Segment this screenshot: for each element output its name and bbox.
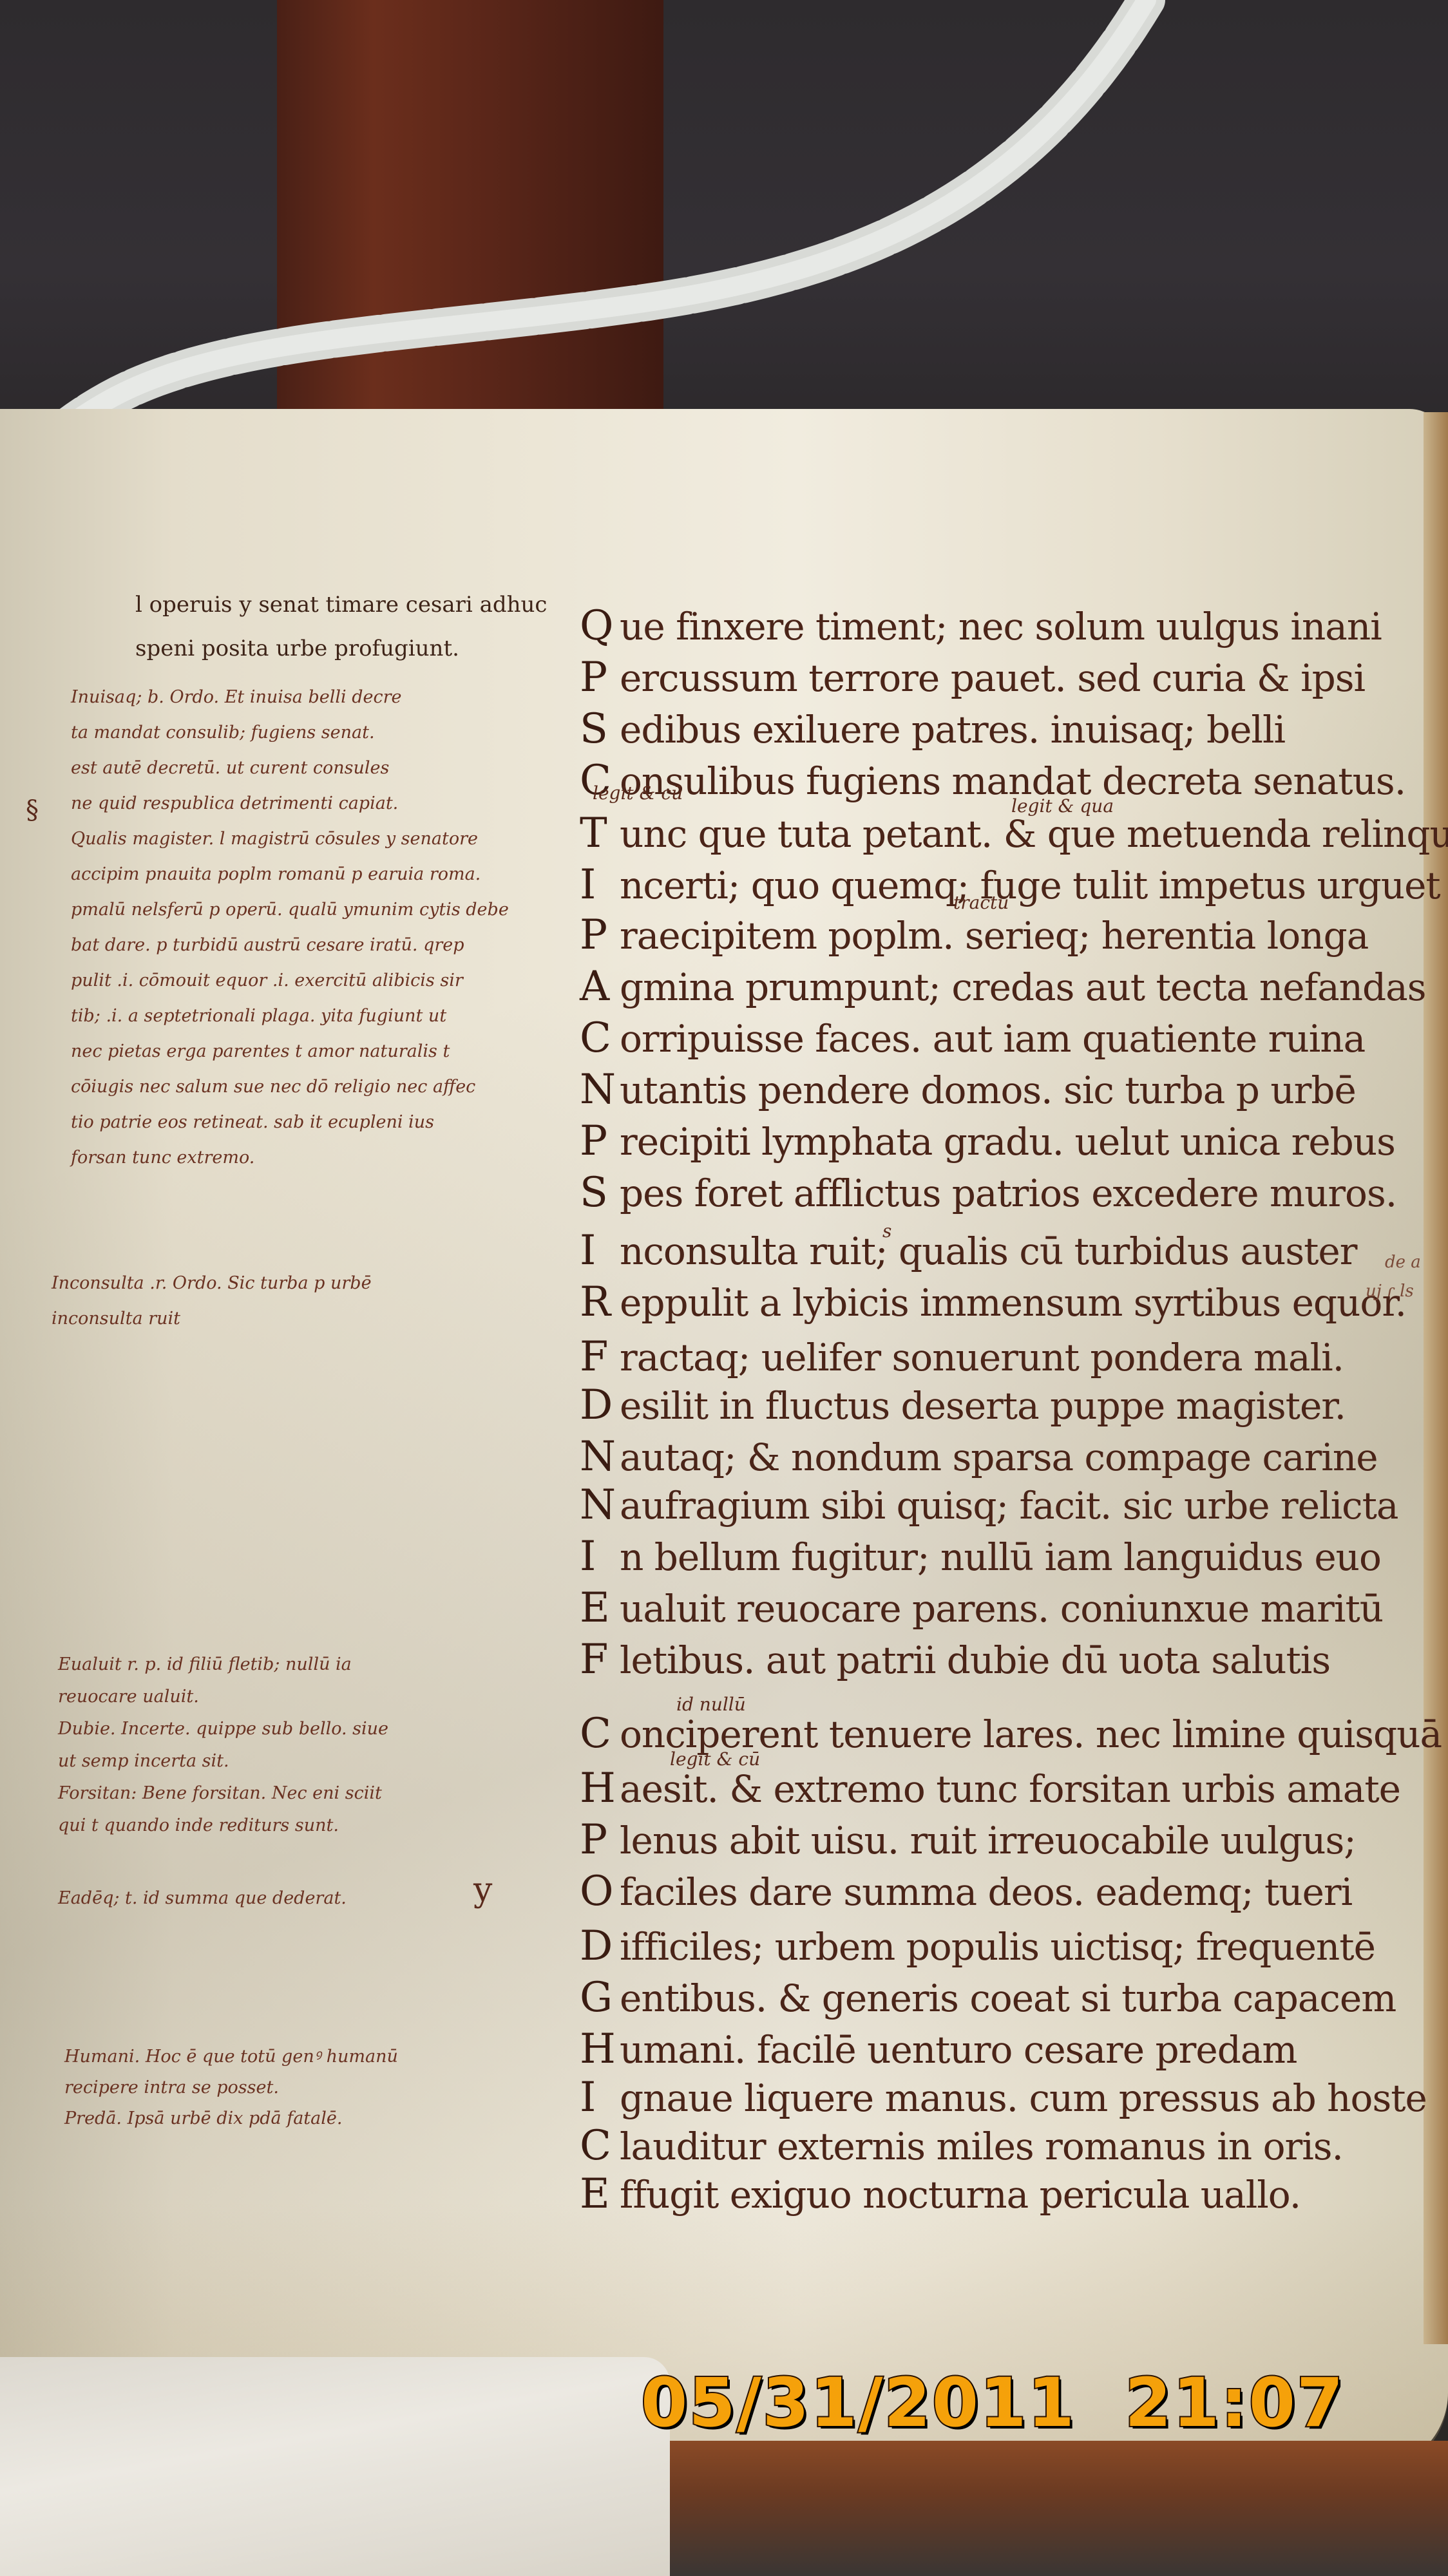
verse-initial: R — [580, 1282, 620, 1323]
gloss-line: Dubie. Incerte. quippe sub bello. siue — [58, 1713, 560, 1745]
verse-initial: I — [580, 864, 620, 905]
verse-initial: S — [580, 708, 620, 750]
verse-initial: P — [580, 1121, 620, 1162]
right-margin-note: de a — [1385, 1253, 1421, 1272]
verse-line: Desilit in fluctus deserta puppe magiste… — [580, 1385, 1430, 1426]
verse-text: lauditur externis miles romanus in oris. — [620, 2125, 1343, 2168]
verse-line: Percussum terrore pauet. sed curia & ips… — [580, 657, 1430, 698]
verse-line: Naufragium sibi quisq; facit. sic urbe r… — [580, 1484, 1430, 1526]
gloss-line: ta mandat consulib; fugiens senat. — [71, 715, 573, 750]
verse-line: Ignaue liquere manus. cum pressus ab hos… — [580, 2077, 1430, 2118]
verse-line: Que finxere timent; nec solum uulgus ina… — [580, 605, 1430, 647]
verse-line: Nutantis pendere domos. sic turba p urbē — [580, 1069, 1430, 1110]
verse-text: unc que tuta petant. & que metuenda reli… — [620, 812, 1448, 856]
verse-line: Ofaciles dare summa deos. eademq; tueri — [580, 1871, 1430, 1912]
verse-initial: D — [580, 1385, 620, 1426]
gloss-line: speni posita urbe profugiunt. — [135, 627, 638, 670]
verse-text: faciles dare summa deos. eademq; tueri — [620, 1870, 1352, 1914]
verse-initial: H — [580, 1768, 620, 1809]
verse-initial: D — [580, 1926, 620, 1967]
gloss-line: ne quid respublica detrimenti capiat. — [71, 786, 573, 821]
verse-initial: E — [580, 1587, 620, 1629]
verse-text: utantis pendere domos. sic turba p urbē — [620, 1068, 1356, 1112]
verse-line: Eualuit reuocare parens. coniunxue marit… — [580, 1587, 1430, 1629]
verse-line: Clauditur externis miles romanus in oris… — [580, 2125, 1430, 2166]
verse-text: recipiti lymphata gradu. uelut unica reb… — [620, 1120, 1395, 1164]
gloss-line: nec pietas erga parentes t amor naturali… — [71, 1034, 573, 1069]
gloss-line: inconsulta ruit — [52, 1301, 554, 1336]
verse-line: Gentibus. & generis coeat si turba capac… — [580, 1977, 1430, 2018]
verse-line: Inconsulta ruit; qualis cū turbidus aust… — [580, 1230, 1430, 1271]
right-margin-note: uj ɾ ls — [1366, 1282, 1414, 1301]
camera-timestamp: 05/31/2011 21:07 — [641, 2363, 1344, 2442]
gloss-line: Humani. Hoc ē que totū genꝰ humanū — [64, 2041, 567, 2072]
verse-initial: G — [580, 1977, 620, 2018]
verse-line: Haesit. & extremo tunc forsitan urbis am… — [580, 1768, 1430, 1809]
gloss-line: Qualis magister. l magistrū cōsules y se… — [71, 821, 573, 857]
verse-initial: H — [580, 2029, 620, 2070]
gloss-line: l operuis y senat timare cesari adhuc — [135, 583, 638, 627]
gloss-block-1: Inuisaq; b. Ordo. Et inuisa belli decre … — [71, 679, 573, 1175]
interlinear-gloss: tractu — [953, 892, 1009, 913]
verse-text: ncerti; quo quemq; fuge tulit impetus ur… — [620, 864, 1440, 907]
verse-initial: S — [580, 1172, 620, 1213]
verse-text: nconsulta ruit; qualis cū turbidus auste… — [620, 1229, 1357, 1273]
gloss-line: forsan tunc extremo. — [71, 1140, 573, 1175]
gloss-line: Predā. Ipsā urbē dix pdā fatalē. — [64, 2103, 567, 2134]
gloss-block-3: Eualuit r. p. id filiū fletib; nullū ia … — [58, 1649, 560, 1842]
verse-line: In bellum fugitur; nullū iam languidus e… — [580, 1536, 1430, 1577]
verse-text: edibus exiluere patres. inuisaq; belli — [620, 708, 1285, 752]
verse-line: Spes foret afflictus patrios excedere mu… — [580, 1172, 1430, 1213]
gloss-block-2: Inconsulta .r. Ordo. Sic turba p urbē in… — [52, 1265, 554, 1336]
verse-initial: C — [580, 1713, 620, 1754]
verse-initial: P — [580, 914, 620, 956]
gloss-line: tio patrie eos retineat. sab it ecupleni… — [71, 1104, 573, 1140]
gloss-line: Eualuit r. p. id filiū fletib; nullū ia — [58, 1649, 560, 1681]
verse-text: aufragium sibi quisq; facit. sic urbe re… — [620, 1484, 1398, 1528]
verse-text: umani. facilē uenturo cesare predam — [620, 2028, 1297, 2072]
verse-text: lenus abit uisu. ruit irreuocabile uulgu… — [620, 1819, 1356, 1862]
verse-line: Plenus abit uisu. ruit irreuocabile uulg… — [580, 1819, 1430, 1861]
gloss-line: cōiugis nec salum sue nec dō religio nec… — [71, 1069, 573, 1104]
gloss-line: accipim pnauita poplm romanū p earuia ro… — [71, 857, 573, 892]
verse-initial: I — [580, 1536, 620, 1577]
verse-mark: y — [473, 1871, 492, 1909]
verse-line: Nautaq; & nondum sparsa compage carine — [580, 1436, 1430, 1477]
gloss-block-5: Humani. Hoc ē que totū genꝰ humanū recip… — [64, 2041, 567, 2134]
verse-line: Fractaq; uelifer sonuerunt pondera mali. — [580, 1336, 1430, 1378]
verse-text: entibus. & generis coeat si turba capace… — [620, 1976, 1396, 2020]
gloss-line: recipere intra se posset. — [64, 2072, 567, 2103]
gloss-top: l operuis y senat timare cesari adhuc sp… — [135, 583, 638, 670]
verse-text: ffugit exiguo nocturna pericula uallo. — [620, 2173, 1300, 2217]
verse-line: Effugit exiguo nocturna pericula uallo. — [580, 2173, 1430, 2215]
verse-text: ractaq; uelifer sonuerunt pondera mali. — [620, 1336, 1344, 1379]
verse-line: Reppulit a lybicis immensum syrtibus equ… — [580, 1282, 1430, 1323]
verse-text: orripuisse faces. aut iam quatiente ruin… — [620, 1017, 1365, 1061]
interlinear-gloss: legit & cū — [593, 782, 683, 804]
paragraph-mark: § — [26, 795, 39, 825]
verse-text: gnaue liquere manus. cum pressus ab host… — [620, 2076, 1427, 2120]
verse-initial: F — [580, 1336, 620, 1378]
verse-text: aesit. & extremo tunc forsitan urbis ama… — [620, 1767, 1400, 1811]
verse-text: ue finxere timent; nec solum uulgus inan… — [620, 605, 1382, 649]
verse-initial: I — [580, 2077, 620, 2118]
verse-initial: N — [580, 1069, 620, 1110]
gloss-line: Inconsulta .r. Ordo. Sic turba p urbē — [52, 1265, 554, 1301]
verse-line: Praecipitem poplm. serieq; herentia long… — [580, 914, 1430, 956]
gloss-line: reuocare ualuit. — [58, 1681, 560, 1713]
verse-initial: C — [580, 2125, 620, 2166]
verse-line: Tunc que tuta petant. & que metuenda rel… — [580, 813, 1430, 854]
verse-line: Corripuisse faces. aut iam quatiente rui… — [580, 1018, 1430, 1059]
gloss-line: qui t quando inde rediturs sunt. — [58, 1810, 560, 1842]
verse-initial: C — [580, 1018, 620, 1059]
verse-initial: P — [580, 657, 620, 698]
verse-text: n bellum fugitur; nullū iam languidus eu… — [620, 1535, 1381, 1579]
verse-line: Sedibus exiluere patres. inuisaq; belli — [580, 708, 1430, 750]
verse-text: autaq; & nondum sparsa compage carine — [620, 1435, 1378, 1479]
verse-initial: P — [580, 1819, 620, 1861]
gloss-line: est autē decretū. ut curent consules — [71, 750, 573, 786]
verse-line: Consulibus fugiens mandat decreta senatu… — [580, 760, 1430, 801]
verse-initial: N — [580, 1436, 620, 1477]
verse-initial: N — [580, 1484, 620, 1526]
gloss-line: tib; .i. a septetrionali plaga. yita fug… — [71, 998, 573, 1034]
verse-line: Agmina prumpunt; credas aut tecta nefand… — [580, 966, 1430, 1007]
verse-text: pes foret afflictus patrios excedere mur… — [620, 1171, 1396, 1215]
verse-line: Difficiles; urbem populis uictisq; frequ… — [580, 1926, 1430, 1967]
gloss-line: Inuisaq; b. Ordo. Et inuisa belli decre — [71, 679, 573, 715]
verse-text: gmina prumpunt; credas aut tecta nefanda… — [620, 965, 1425, 1009]
verse-line: Humani. facilē uenturo cesare predam — [580, 2029, 1430, 2070]
gloss-line: Forsitan: Bene forsitan. Nec eni sciit — [58, 1777, 560, 1810]
verse-initial: Q — [580, 605, 620, 647]
verse-line: Precipiti lymphata gradu. uelut unica re… — [580, 1121, 1430, 1162]
verse-text: eppulit a lybicis immensum syrtibus equo… — [620, 1281, 1406, 1325]
white-support-cloth — [0, 2357, 670, 2576]
gloss-line: ut semp incerta sit. — [58, 1745, 560, 1777]
verse-text: ifficiles; urbem populis uictisq; freque… — [620, 1925, 1375, 1969]
verse-text: ualuit reuocare parens. coniunxue maritū — [620, 1587, 1383, 1631]
gloss-line: bat dare. p turbidū austrū cesare iratū.… — [71, 927, 573, 963]
verse-initial: T — [580, 813, 620, 854]
verse-text: letibus. aut patrii dubie dū uota saluti… — [620, 1638, 1330, 1682]
verse-initial: O — [580, 1871, 620, 1912]
verse-text: raecipitem poplm. serieq; herentia longa — [620, 914, 1368, 958]
verse-initial: E — [580, 2173, 620, 2215]
verse-text: ercussum terrore pauet. sed curia & ipsi — [620, 656, 1365, 700]
gloss-line: pmalū nelsferū p operū. qualū ymunim cyt… — [71, 892, 573, 927]
verse-initial: A — [580, 966, 620, 1007]
verse-text: esilit in fluctus deserta puppe magister… — [620, 1384, 1346, 1428]
verse-initial: F — [580, 1639, 620, 1680]
verse-initial: I — [580, 1230, 620, 1271]
verse-line: Fletibus. aut patrii dubie dū uota salut… — [580, 1639, 1430, 1680]
gloss-line: pulit .i. cōmouit equor .i. exercitū ali… — [71, 963, 573, 998]
